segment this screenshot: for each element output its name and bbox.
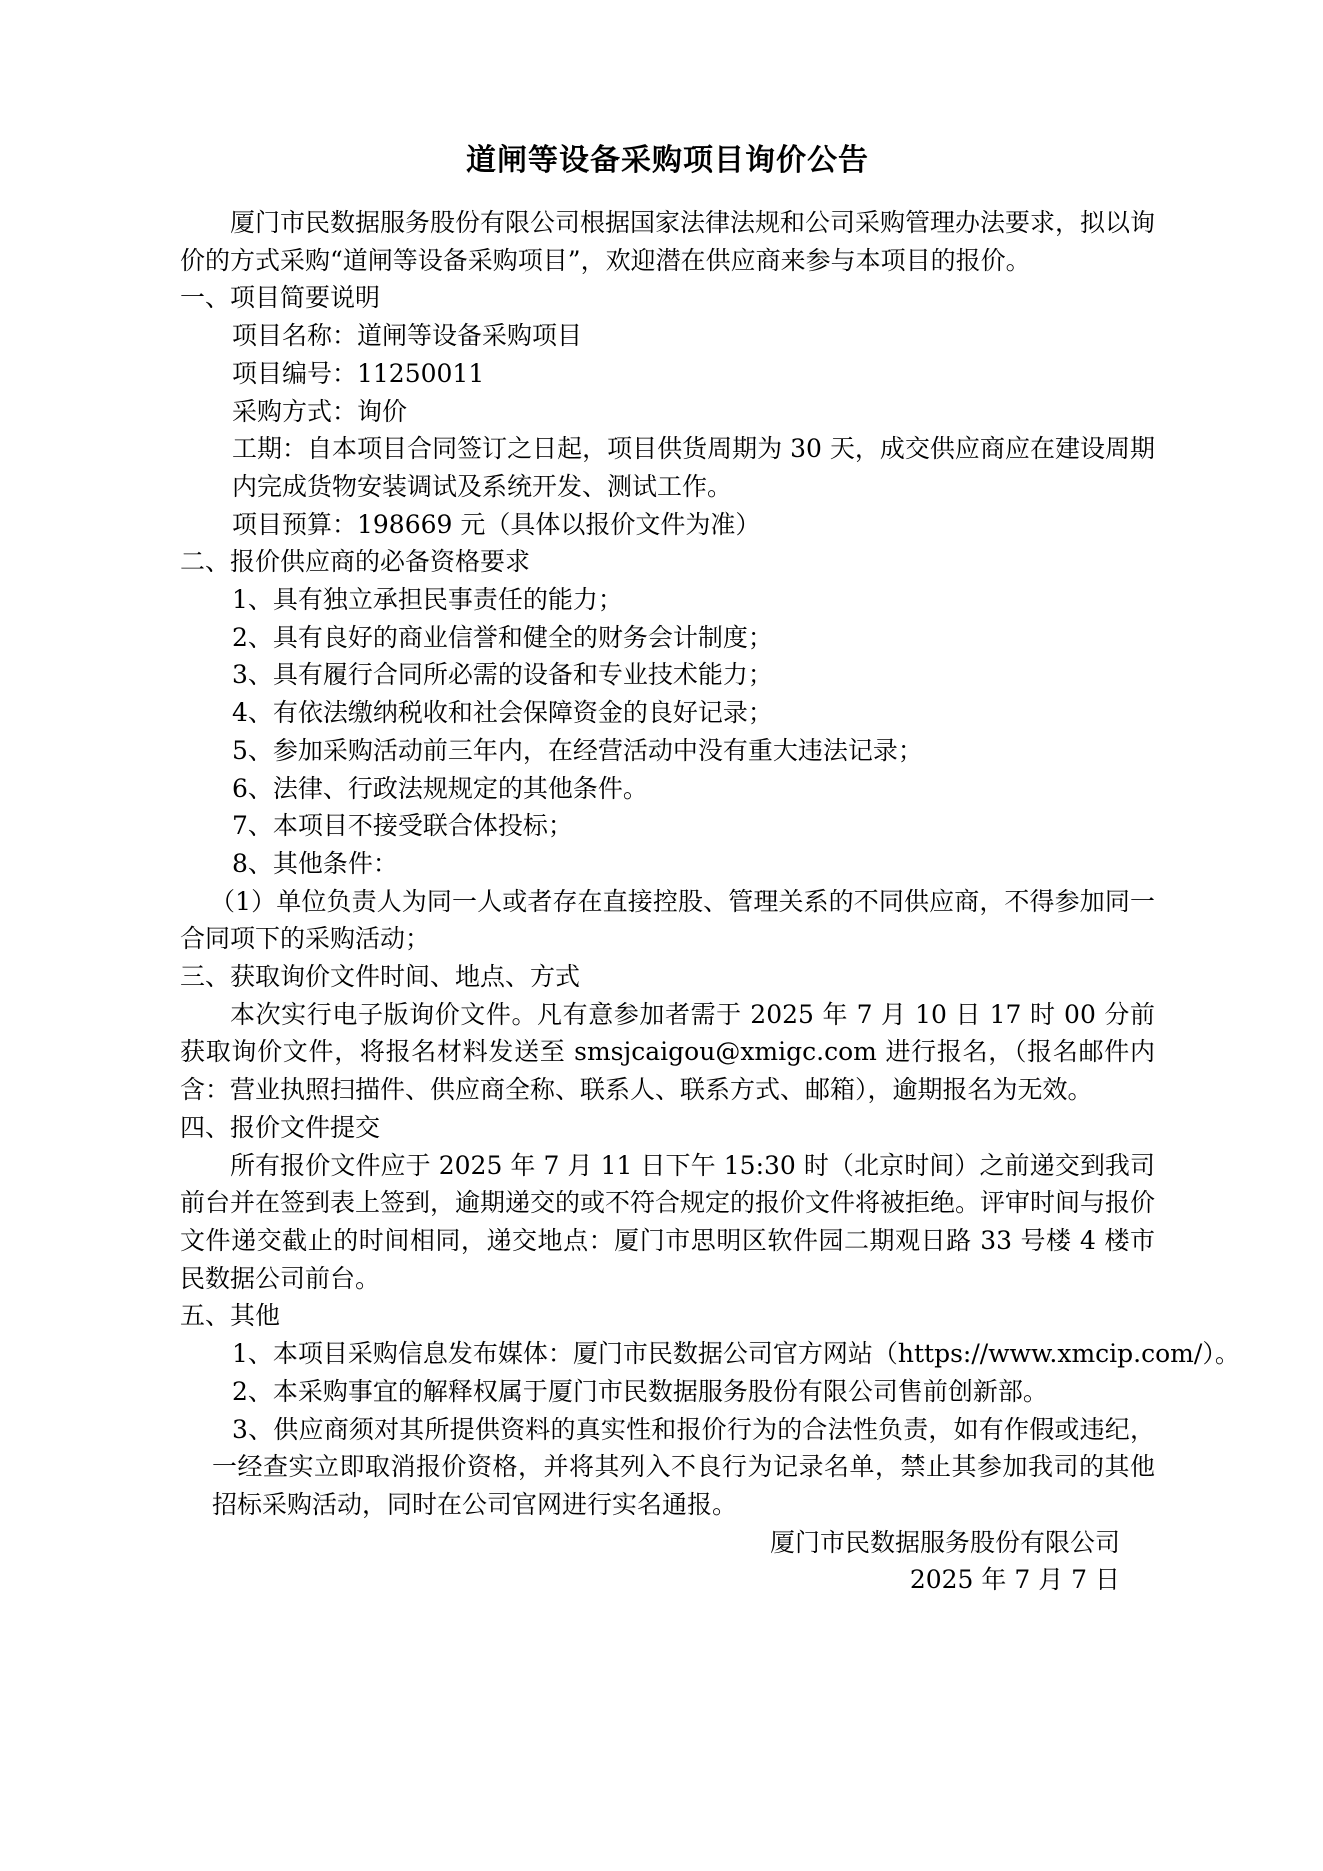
section5-heading: 五、其他: [180, 1297, 1155, 1335]
procurement-method-line: 采购方式：询价: [232, 393, 1155, 431]
signature-date: 2025 年 7 月 7 日: [180, 1561, 1155, 1599]
project-number-line: 项目编号：11250011: [232, 355, 1155, 393]
section1-heading: 一、项目简要说明: [180, 279, 1155, 317]
other-item-1: 1、本项目采购信息发布媒体：厦门市民数据公司官方网站（https://www.x…: [232, 1335, 1155, 1373]
section3-paragraph: 本次实行电子版询价文件。凡有意参加者需于 2025 年 7 月 10 日 17 …: [180, 996, 1155, 1109]
section4-heading: 四、报价文件提交: [180, 1109, 1155, 1147]
qualification-item-5: 5、参加采购活动前三年内，在经营活动中没有重大违法记录；: [232, 732, 1155, 770]
other-item-2: 2、本采购事宜的解释权属于厦门市民数据服务股份有限公司售前创新部。: [232, 1373, 1155, 1411]
project-name-line: 项目名称：道闸等设备采购项目: [232, 317, 1155, 355]
signature-company: 厦门市民数据服务股份有限公司: [180, 1524, 1155, 1562]
qualification-item-8: 8、其他条件：: [232, 845, 1155, 883]
project-duration-paragraph: 工期：自本项目合同签订之日起，项目供货周期为 30 天，成交供应商应在建设周期内…: [232, 430, 1155, 505]
document-title: 道闸等设备采购项目询价公告: [180, 140, 1155, 182]
document-content: 道闸等设备采购项目询价公告 厦门市民数据服务股份有限公司根据国家法律法规和公司采…: [0, 0, 1323, 1599]
other-item-3: 3、供应商须对其所提供资料的真实性和报价行为的合法性负责，如有作假或违纪，一经查…: [212, 1411, 1155, 1524]
qualification-item-1: 1、具有独立承担民事责任的能力；: [232, 581, 1155, 619]
qualification-item-6: 6、法律、行政法规规定的其他条件。: [232, 770, 1155, 808]
intro-paragraph: 厦门市民数据服务股份有限公司根据国家法律法规和公司采购管理办法要求，拟以询价的方…: [180, 204, 1155, 279]
project-budget-line: 项目预算：198669 元（具体以报价文件为准）: [232, 506, 1155, 544]
section3-heading: 三、获取询价文件时间、地点、方式: [180, 958, 1155, 996]
qualification-sub-item-1: （1）单位负责人为同一人或者存在直接控股、管理关系的不同供应商，不得参加同一合同…: [180, 883, 1155, 958]
qualification-item-3: 3、具有履行合同所必需的设备和专业技术能力；: [232, 656, 1155, 694]
section4-paragraph: 所有报价文件应于 2025 年 7 月 11 日下午 15:30 时（北京时间）…: [180, 1147, 1155, 1298]
document-page: 道闸等设备采购项目询价公告 厦门市民数据服务股份有限公司根据国家法律法规和公司采…: [0, 0, 1323, 1871]
qualification-item-7: 7、本项目不接受联合体投标；: [232, 807, 1155, 845]
section2-heading: 二、报价供应商的必备资格要求: [180, 543, 1155, 581]
qualification-item-4: 4、有依法缴纳税收和社会保障资金的良好记录；: [232, 694, 1155, 732]
qualification-item-2: 2、具有良好的商业信誉和健全的财务会计制度；: [232, 619, 1155, 657]
